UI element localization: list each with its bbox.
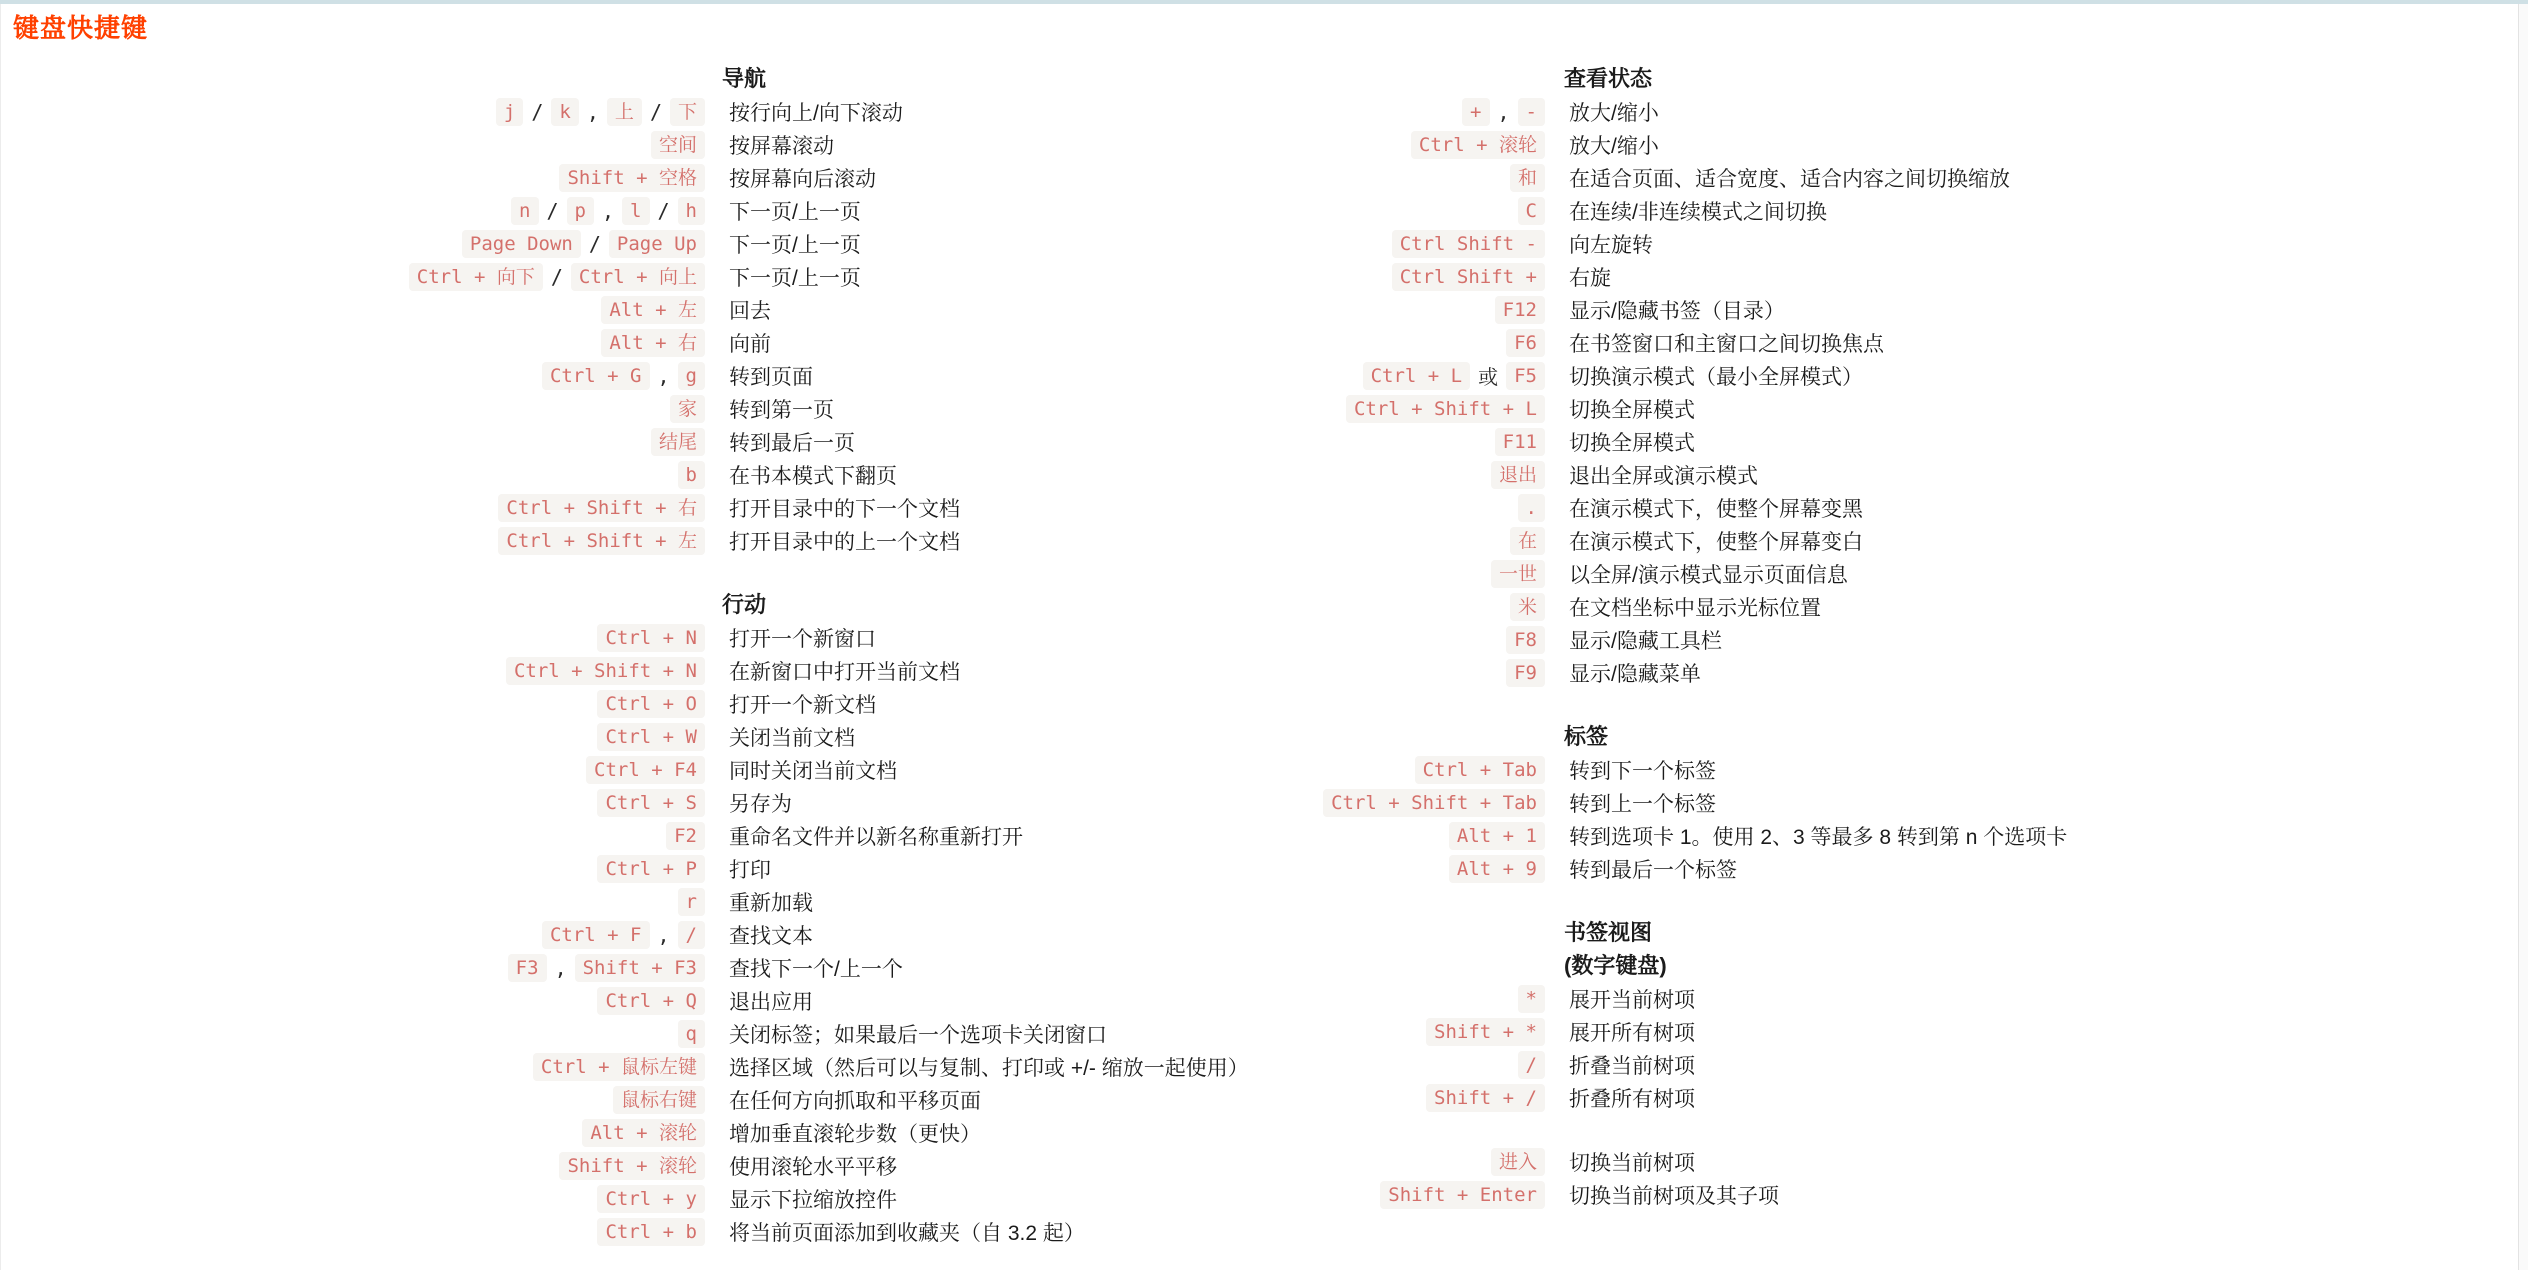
kbd-key: Ctrl + Shift + 左 [498,527,705,555]
key-combo: / [1075,1051,1545,1079]
kbd-key: n [511,197,538,225]
shortcut-row: F11切换全屏模式 [1075,425,2195,458]
shortcut-description: 转到第一页 [705,394,834,424]
kbd-key: F11 [1495,428,1545,456]
shortcut-description: 在书本模式下翻页 [705,460,897,490]
kbd-key: Ctrl + 鼠标左键 [533,1053,705,1081]
kbd-key: F6 [1506,329,1545,357]
shortcut-description: 显示/隐藏书签（目录） [1545,295,1785,325]
shortcut-description: 放大/缩小 [1545,130,1659,160]
shortcut-description: 展开当前树项 [1545,984,1695,1014]
shortcut-description: 按屏幕向后滚动 [705,163,876,193]
shortcut-description: 放大/缩小 [1545,97,1659,127]
kbd-key: Shift + 空格 [559,164,705,192]
shortcut-description: 转到最后一个标签 [1545,854,1737,884]
kbd-key: Ctrl + S [597,789,705,817]
shortcut-row: Ctrl Shift +右旋 [1075,260,2195,293]
kbd-key: Ctrl + Tab [1415,756,1545,784]
key-combo: 结尾 [360,428,705,456]
shortcut-description: 关闭当前文档 [705,722,855,752]
shortcut-description: 折叠当前树项 [1545,1050,1695,1080]
shortcut-description: 显示/隐藏菜单 [1545,658,1701,688]
page-left-border [0,4,1,1270]
kbd-key: Ctrl + L [1363,362,1471,390]
key-combo: j/k,上/下 [360,98,705,126]
key-combo: Alt + 左 [360,296,705,324]
key-combo: Ctrl + L或F5 [1075,361,1545,390]
kbd-key: 鼠标右键 [613,1086,705,1114]
key-combo: Ctrl + G,g [360,362,705,390]
key-separator: , [1498,100,1510,124]
key-combo: 进入 [1075,1148,1545,1176]
shortcut-description: 转到下一个标签 [1545,755,1716,785]
key-separator: , [602,199,614,223]
shortcut-description: 以全屏/演示模式显示页面信息 [1545,559,1848,589]
shortcut-description: 切换当前树项及其子项 [1545,1180,1779,1210]
kbd-key: Ctrl + Q [597,987,705,1015]
key-combo: F6 [1075,329,1545,357]
shortcut-description: 在适合页面、适合宽度、适合内容之间切换缩放 [1545,163,2010,193]
kbd-key: g [678,362,705,390]
key-combo: F2 [360,822,705,850]
key-separator: , [555,956,567,980]
shortcut-description: 在书签窗口和主窗口之间切换焦点 [1545,328,1884,358]
key-separator: / [547,199,559,223]
key-combo: F8 [1075,626,1545,654]
key-combo: F9 [1075,659,1545,687]
shortcut-row: Shift + /折叠所有树项 [1075,1081,2195,1114]
kbd-key: * [1518,985,1545,1013]
kbd-key: . [1518,494,1545,522]
shortcut-description: 回去 [705,295,771,325]
kbd-key: F2 [666,822,705,850]
kbd-key: Ctrl + Shift + N [506,657,705,685]
kbd-key: Alt + 9 [1449,855,1545,883]
key-combo: Alt + 右 [360,329,705,357]
kbd-key: Alt + 1 [1449,822,1545,850]
kbd-key: Alt + 右 [601,329,705,357]
shortcut-row: 在在演示模式下，使整个屏幕变白 [1075,524,2195,557]
key-combo: Alt + 9 [1075,855,1545,883]
key-separator: / [650,100,662,124]
kbd-key: Ctrl + Shift + L [1346,395,1545,423]
kbd-key: 进入 [1491,1148,1545,1176]
shortcut-description: 重新加载 [705,887,813,917]
key-separator: , [587,100,599,124]
shortcut-row: Ctrl + 滚轮放大/缩小 [1075,128,2195,161]
kbd-key: 和 [1510,164,1545,192]
kbd-key: h [678,197,705,225]
shortcut-row: 一世以全屏/演示模式显示页面信息 [1075,557,2195,590]
kbd-key: Shift + / [1426,1084,1545,1112]
key-combo: 在 [1075,527,1545,555]
shortcut-row: Ctrl + L或F5切换演示模式（最小全屏模式） [1075,359,2195,392]
key-separator: / [551,265,563,289]
kbd-key: Ctrl + Shift + 右 [498,494,705,522]
kbd-key: Shift + 滚轮 [559,1152,705,1180]
key-separator: , [658,923,670,947]
row-spacer [1075,1114,2195,1145]
key-combo: Ctrl + N [360,624,705,652]
shortcut-description: 显示/隐藏工具栏 [1545,625,1722,655]
key-combo: Shift + Enter [1075,1181,1545,1209]
scrollbar[interactable] [2518,4,2528,1270]
section-tabs: 标签Ctrl + Tab转到下一个标签Ctrl + Shift + Tab转到上… [1075,720,2195,885]
shortcut-description: 转到页面 [705,361,813,391]
kbd-key: Page Up [609,230,705,258]
shortcut-description: 关闭标签；如果最后一个选项卡关闭窗口 [705,1019,1107,1049]
kbd-key: Shift + * [1426,1018,1545,1046]
key-separator: / [589,232,601,256]
kbd-key: Shift + F3 [575,954,705,982]
key-separator: / [531,100,543,124]
shortcut-description: 转到最后一页 [705,427,855,457]
shortcut-description: 按行向上/向下滚动 [705,97,903,127]
shortcut-description: 查找文本 [705,920,813,950]
kbd-key: Ctrl + F4 [586,756,705,784]
section-title: 标签 [1075,720,2195,753]
kbd-key: q [678,1020,705,1048]
shortcut-description: 展开所有树项 [1545,1017,1695,1047]
shortcut-description: 打开目录中的上一个文档 [705,526,960,556]
key-combo: 退出 [1075,461,1545,489]
key-combo: q [360,1020,705,1048]
shortcut-row: Shift + *展开所有树项 [1075,1015,2195,1048]
kbd-key: Page Down [462,230,581,258]
kbd-key: 在 [1510,527,1545,555]
key-combo: b [360,461,705,489]
key-combo: Shift + / [1075,1084,1545,1112]
kbd-key: + [1462,98,1489,126]
shortcut-description: 在演示模式下，使整个屏幕变白 [1545,526,1863,556]
key-combo: Ctrl + S [360,789,705,817]
shortcut-row: Ctrl + Shift + L切换全屏模式 [1075,392,2195,425]
shortcut-description: 查找下一个/上一个 [705,953,903,983]
kbd-key: b [678,461,705,489]
kbd-key: r [678,888,705,916]
kbd-key: Ctrl + 向上 [571,263,705,291]
key-combo: F3,Shift + F3 [360,954,705,982]
key-combo: . [1075,494,1545,522]
shortcut-description: 切换演示模式（最小全屏模式） [1545,361,1863,391]
kbd-key: Ctrl + P [597,855,705,883]
shortcut-description: 打开一个新窗口 [705,623,876,653]
key-combo: Ctrl + Q [360,987,705,1015]
shortcut-row: Ctrl + b将当前页面添加到收藏夹（自 3.2 起） [360,1215,1490,1248]
shortcut-description: 切换当前树项 [1545,1147,1695,1177]
shortcut-row: 进入切换当前树项 [1075,1145,2195,1178]
key-combo: Ctrl + F,/ [360,921,705,949]
shortcut-description: 下一页/上一页 [705,196,861,226]
kbd-key: F9 [1506,659,1545,687]
shortcut-description: 切换全屏模式 [1545,427,1695,457]
shortcut-description: 退出全屏或演示模式 [1545,460,1758,490]
key-combo: Ctrl + y [360,1185,705,1213]
shortcut-description: 打开一个新文档 [705,689,876,719]
shortcut-row: F8显示/隐藏工具栏 [1075,623,2195,656]
key-combo: F11 [1075,428,1545,456]
kbd-key: l [622,197,649,225]
shortcut-description: 下一页/上一页 [705,229,861,259]
kbd-key: F3 [508,954,547,982]
shortcut-row: +,-放大/缩小 [1075,95,2195,128]
key-combo: Shift + * [1075,1018,1545,1046]
key-combo: 一世 [1075,560,1545,588]
key-combo: Shift + 滚轮 [360,1152,705,1180]
key-combo: * [1075,985,1545,1013]
shortcut-description: 同时关闭当前文档 [705,755,897,785]
kbd-key: Alt + 滚轮 [582,1119,705,1147]
kbd-key: F12 [1495,296,1545,324]
kbd-key: j [496,98,523,126]
shortcut-description: 转到选项卡 1。使用 2、3 等最多 8 转到第 n 个选项卡 [1545,821,2067,851]
key-combo: Shift + 空格 [360,164,705,192]
shortcut-description: 增加垂直滚轮步数（更快） [705,1118,981,1148]
shortcut-description: 显示下拉缩放控件 [705,1184,897,1214]
shortcut-description: 退出应用 [705,986,813,1016]
kbd-key: Ctrl + F [542,921,650,949]
kbd-key: 结尾 [651,428,705,456]
kbd-key: C [1518,197,1545,225]
kbd-key: Ctrl + 向下 [409,263,543,291]
kbd-key: Ctrl + N [597,624,705,652]
shortcut-description: 在文档坐标中显示光标位置 [1545,592,1821,622]
key-separator: , [658,364,670,388]
key-combo: Ctrl Shift + [1075,263,1545,291]
shortcut-row: 米在文档坐标中显示光标位置 [1075,590,2195,623]
key-combo: F12 [1075,296,1545,324]
kbd-key: k [551,98,578,126]
kbd-key: / [678,921,705,949]
section-bookmark-view: 书签视图(数字键盘)*展开当前树项Shift + *展开所有树项/折叠当前树项S… [1075,916,2195,1211]
kbd-key: Alt + 左 [601,296,705,324]
shortcut-description: 打印 [705,854,771,884]
key-combo: Ctrl Shift - [1075,230,1545,258]
key-combo: Alt + 1 [1075,822,1545,850]
key-separator: 或 [1478,361,1498,390]
key-combo: Ctrl + P [360,855,705,883]
section-view-state: 查看状态+,-放大/缩小Ctrl + 滚轮放大/缩小和在适合页面、适合宽度、适合… [1075,62,2195,689]
key-combo: Ctrl + Shift + Tab [1075,789,1545,817]
kbd-key: Ctrl + 滚轮 [1411,131,1545,159]
key-combo: Ctrl + F4 [360,756,705,784]
kbd-key: / [1518,1051,1545,1079]
shortcut-description: 折叠所有树项 [1545,1083,1695,1113]
shortcut-row: C在连续/非连续模式之间切换 [1075,194,2195,227]
kbd-key: Ctrl + W [597,723,705,751]
key-combo: Ctrl + Shift + N [360,657,705,685]
key-combo: Alt + 滚轮 [360,1119,705,1147]
kbd-key: Ctrl + G [542,362,650,390]
key-combo: Ctrl + Tab [1075,756,1545,784]
shortcut-description: 打开目录中的下一个文档 [705,493,960,523]
shortcut-row: 和在适合页面、适合宽度、适合内容之间切换缩放 [1075,161,2195,194]
key-combo: 米 [1075,593,1545,621]
shortcut-description: 在新窗口中打开当前文档 [705,656,960,686]
kbd-key: Ctrl Shift - [1392,230,1545,258]
kbd-key: 一世 [1491,560,1545,588]
shortcut-description: 向前 [705,328,771,358]
kbd-key: 下 [670,98,705,126]
column-right: 查看状态+,-放大/缩小Ctrl + 滚轮放大/缩小和在适合页面、适合宽度、适合… [1075,62,2195,1211]
section-title: 查看状态 [1075,62,2195,95]
browser-top-strip [0,0,2528,4]
key-combo: Ctrl + Shift + 右 [360,494,705,522]
key-combo: 和 [1075,164,1545,192]
shortcut-description: 向左旋转 [1545,229,1653,259]
shortcut-description: 重命名文件并以新名称重新打开 [705,821,1023,851]
kbd-key: p [567,197,594,225]
shortcut-row: F6在书签窗口和主窗口之间切换焦点 [1075,326,2195,359]
shortcut-description: 右旋 [1545,262,1611,292]
kbd-key: 退出 [1491,461,1545,489]
key-combo: 空间 [360,131,705,159]
section-subtitle: (数字键盘) [1075,949,2195,982]
kbd-key: Shift + Enter [1380,1181,1545,1209]
kbd-key: 上 [607,98,642,126]
shortcut-description: 另存为 [705,788,792,818]
shortcut-row: .在演示模式下，使整个屏幕变黑 [1075,491,2195,524]
key-combo: Ctrl + Shift + L [1075,395,1545,423]
key-combo: Ctrl + O [360,690,705,718]
key-combo: Page Down/Page Up [360,230,705,258]
key-combo: n/p,l/h [360,197,705,225]
key-combo: Ctrl + 向下/Ctrl + 向上 [360,263,705,291]
key-combo: Ctrl + Shift + 左 [360,527,705,555]
key-separator: / [658,199,670,223]
kbd-key: Ctrl Shift + [1392,263,1545,291]
shortcut-row: F12显示/隐藏书签（目录） [1075,293,2195,326]
key-combo: 鼠标右键 [360,1086,705,1114]
kbd-key: Ctrl + b [597,1218,705,1246]
shortcut-description: 将当前页面添加到收藏夹（自 3.2 起） [705,1217,1085,1247]
kbd-key: F8 [1506,626,1545,654]
key-combo: Ctrl + W [360,723,705,751]
kbd-key: 米 [1510,593,1545,621]
shortcut-description: 在任何方向抓取和平移页面 [705,1085,981,1115]
kbd-key: Ctrl + O [597,690,705,718]
shortcut-description: 转到上一个标签 [1545,788,1716,818]
shortcut-description: 切换全屏模式 [1545,394,1695,424]
page-title: 键盘快捷键 [13,8,148,45]
key-combo: r [360,888,705,916]
key-combo: +,- [1075,98,1545,126]
key-combo: Ctrl + b [360,1218,705,1246]
kbd-key: 空间 [651,131,705,159]
kbd-key: Ctrl + y [597,1185,705,1213]
key-combo: 家 [360,395,705,423]
shortcut-row: Shift + Enter切换当前树项及其子项 [1075,1178,2195,1211]
shortcut-row: 退出退出全屏或演示模式 [1075,458,2195,491]
section-title: 书签视图 [1075,916,2195,949]
shortcut-description: 按屏幕滚动 [705,130,834,160]
kbd-key: Ctrl + Shift + Tab [1323,789,1545,817]
kbd-key: 家 [670,395,705,423]
shortcut-row: /折叠当前树项 [1075,1048,2195,1081]
shortcut-description: 在连续/非连续模式之间切换 [1545,196,1827,226]
key-combo: Ctrl + 鼠标左键 [360,1053,705,1081]
kbd-key: - [1518,98,1545,126]
shortcut-row: Alt + 1转到选项卡 1。使用 2、3 等最多 8 转到第 n 个选项卡 [1075,819,2195,852]
shortcut-description: 下一页/上一页 [705,262,861,292]
kbd-key: F5 [1506,362,1545,390]
shortcut-row: Ctrl Shift -向左旋转 [1075,227,2195,260]
shortcut-row: *展开当前树项 [1075,982,2195,1015]
key-combo: C [1075,197,1545,225]
shortcut-row: Alt + 9转到最后一个标签 [1075,852,2195,885]
shortcut-description: 使用滚轮水平平移 [705,1151,897,1181]
key-combo: Ctrl + 滚轮 [1075,131,1545,159]
shortcut-row: Ctrl + Shift + Tab转到上一个标签 [1075,786,2195,819]
shortcut-row: F9显示/隐藏菜单 [1075,656,2195,689]
shortcut-row: Ctrl + Tab转到下一个标签 [1075,753,2195,786]
shortcut-description: 在演示模式下，使整个屏幕变黑 [1545,493,1863,523]
